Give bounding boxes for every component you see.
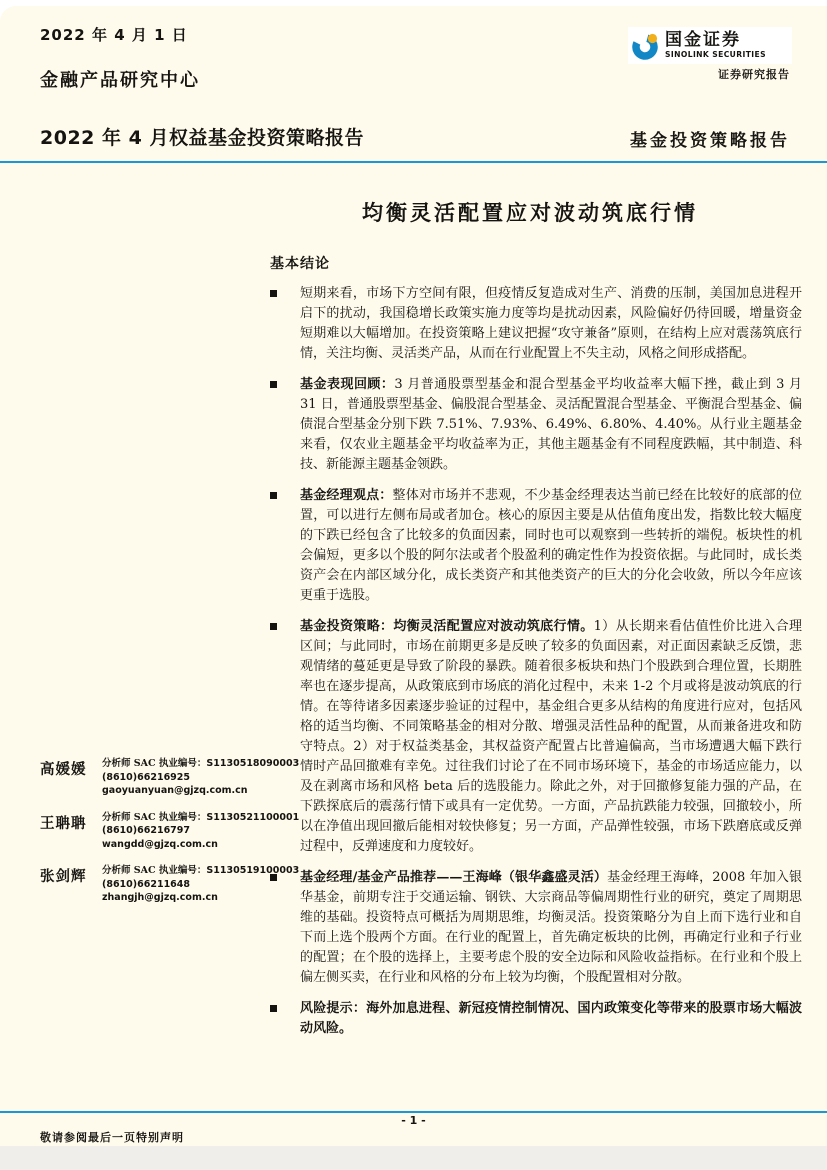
analyst-name: 王聃聃 bbox=[40, 811, 102, 852]
sinolink-logo-icon bbox=[631, 31, 661, 61]
report-type: 基金投资策略报告 bbox=[630, 126, 790, 151]
bullet-list: 短期来看，市场下方空间有限，但疫情反复造成对生产、消费的压制，美国加息进程开启下… bbox=[270, 284, 802, 1050]
analyst-email: wangdd@gjzq.com.cn bbox=[102, 838, 299, 852]
analyst-row: 张剑辉 分析师 SAC 执业编号：S1130519100003 (8610)66… bbox=[40, 864, 270, 905]
analyst-row: 王聃聃 分析师 SAC 执业编号：S1130521100001 (8610)66… bbox=[40, 811, 270, 852]
bullet-text: 整体对市场并不悲观，不少基金经理表达当前已经在比较好的底部的位置，可以进行左侧布… bbox=[300, 488, 802, 603]
bullet-item: 基金经理/基金产品推荐——王海峰（银华鑫盛灵活）基金经理王海峰，2008 年加入… bbox=[270, 868, 802, 988]
header-divider bbox=[0, 161, 827, 163]
bullet-marker-icon bbox=[270, 486, 300, 606]
bullet-lead: 基金经理观点： bbox=[300, 488, 393, 503]
bullet-marker-icon bbox=[270, 999, 300, 1039]
report-page: 2022 年 4 月 1 日 金融产品研究中心 国金证券 SINOLINK SE… bbox=[0, 0, 827, 1170]
bullet-text: 1）从长期来看估值性价比进入合理区间；与此同时，市场在前期更多是反映了较多的负面… bbox=[300, 619, 802, 854]
bullet-lead: 风险提示： bbox=[300, 1001, 366, 1016]
bullet-text: 海外加息进程、新冠疫情控制情况、国内政策变化等带来的股票市场大幅波动风险。 bbox=[300, 1001, 802, 1036]
bullet-item-risk: 风险提示：海外加息进程、新冠疫情控制情况、国内政策变化等带来的股票市场大幅波动风… bbox=[270, 999, 802, 1039]
logo-name-cn: 国金证券 bbox=[665, 32, 766, 49]
analyst-row: 高媛媛 分析师 SAC 执业编号：S1130518090003 (8610)66… bbox=[40, 757, 270, 798]
report-date: 2022 年 4 月 1 日 bbox=[40, 24, 188, 45]
bullet-item: 基金经理观点：整体对市场并不悲观，不少基金经理表达当前已经在比较好的底部的位置，… bbox=[270, 486, 802, 606]
section-heading: 基本结论 bbox=[270, 253, 330, 273]
footer-note: 敬请参阅最后一页特别声明 bbox=[40, 1129, 184, 1145]
bullet-marker-icon bbox=[270, 284, 300, 364]
analyst-sac: 分析师 SAC 执业编号：S1130521100001 bbox=[102, 811, 299, 825]
bullet-lead: 基金投资策略：均衡灵活配置应对波动筑底行情。 bbox=[300, 619, 594, 634]
analyst-phone: (8610)66216925 bbox=[102, 771, 299, 785]
bullet-item: 短期来看，市场下方空间有限，但疫情反复造成对生产、消费的压制，美国加息进程开启下… bbox=[270, 284, 802, 364]
report-title: 2022 年 4 月权益基金投资策略报告 bbox=[40, 123, 364, 150]
logo-name-en: SINOLINK SECURITIES bbox=[665, 51, 766, 59]
analyst-email: zhangjh@gjzq.com.cn bbox=[102, 891, 299, 905]
bullet-item: 基金表现回顾：3 月普通股票型基金和混合型基金平均收益率大幅下挫，截止到 3 月… bbox=[270, 375, 802, 475]
analyst-phone: (8610)66216797 bbox=[102, 824, 299, 838]
analyst-name: 张剑辉 bbox=[40, 864, 102, 905]
bullet-text: 基金经理王海峰，2008 年加入银华基金，前期专注于交通运输、钢铁、大宗商品等偏… bbox=[300, 870, 802, 985]
bullet-lead: 基金表现回顾： bbox=[300, 377, 394, 392]
analyst-phone: (8610)66211648 bbox=[102, 878, 299, 892]
bullet-item: 基金投资策略：均衡灵活配置应对波动筑底行情。1）从长期来看估值性价比进入合理区间… bbox=[270, 617, 802, 857]
bullet-marker-icon bbox=[270, 375, 300, 475]
page-number: - 1 - bbox=[0, 1114, 827, 1127]
analyst-name: 高媛媛 bbox=[40, 757, 102, 798]
bullet-text: 短期来看，市场下方空间有限，但疫情反复造成对生产、消费的压制，美国加息进程开启下… bbox=[300, 286, 802, 361]
logo-text: 国金证券 SINOLINK SECURITIES bbox=[665, 32, 766, 59]
footer-divider bbox=[0, 1111, 827, 1113]
analyst-sac: 分析师 SAC 执业编号：S1130519100003 bbox=[102, 864, 299, 878]
report-tagline: 证券研究报告 bbox=[718, 66, 790, 82]
outside-page-area bbox=[0, 1146, 827, 1170]
analyst-email: gaoyuanyuan@gjzq.com.cn bbox=[102, 784, 299, 798]
analyst-list: 高媛媛 分析师 SAC 执业编号：S1130518090003 (8610)66… bbox=[40, 757, 270, 918]
main-title: 均衡灵活配置应对波动筑底行情 bbox=[250, 197, 810, 227]
company-logo: 国金证券 SINOLINK SECURITIES bbox=[628, 27, 792, 64]
analyst-sac: 分析师 SAC 执业编号：S1130518090003 bbox=[102, 757, 299, 771]
bullet-lead: 基金经理/基金产品推荐——王海峰（银华鑫盛灵活） bbox=[300, 870, 607, 885]
department-title: 金融产品研究中心 bbox=[40, 66, 200, 92]
